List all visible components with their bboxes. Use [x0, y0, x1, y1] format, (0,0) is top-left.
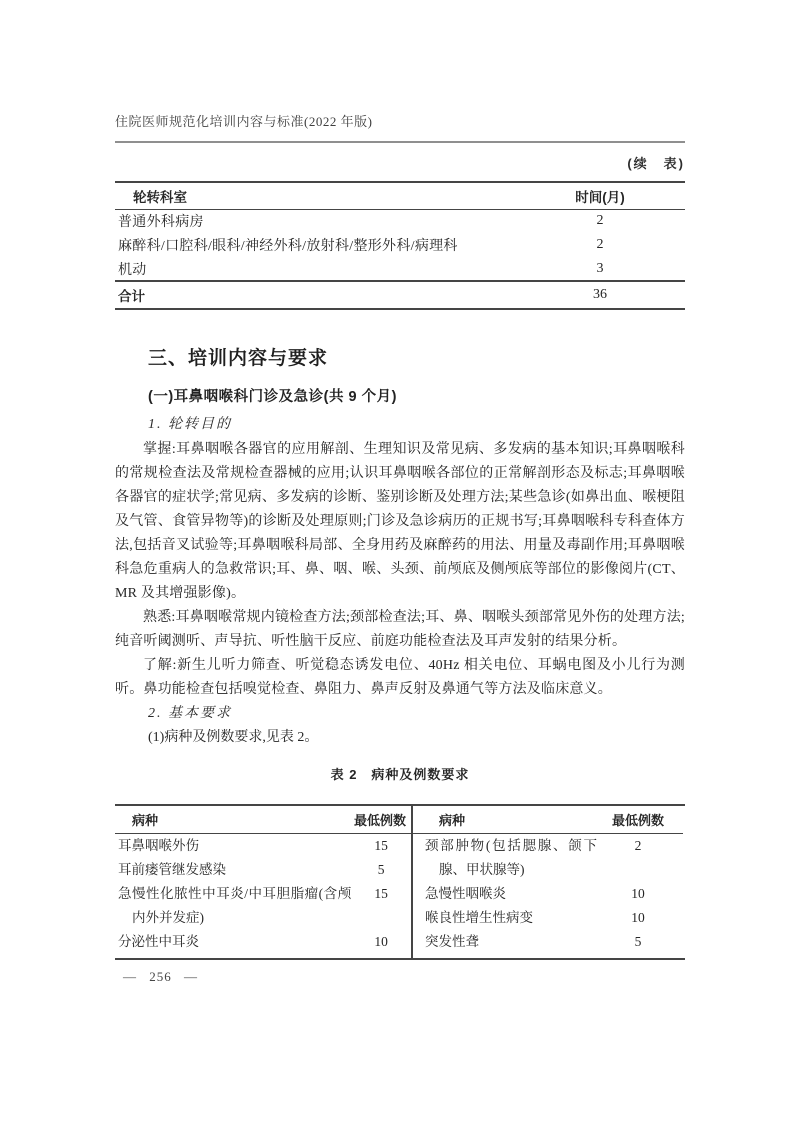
- disease-table-header-row: 病种 最低例数: [413, 806, 683, 834]
- months-cell: 2: [515, 233, 685, 257]
- dept-cell: 普通外科病房: [115, 209, 515, 233]
- disease-table-header-row: 病种 最低例数: [115, 806, 411, 834]
- count-cell: 5: [351, 858, 411, 882]
- disease-table-caption: 表 2 病种及例数要求: [115, 766, 685, 784]
- rotation-total-row: 合计 36: [115, 281, 685, 309]
- list-item: 分泌性中耳炎 10: [118, 930, 411, 954]
- disease-table: 病种 最低例数 耳鼻咽喉外伤 15 耳前瘘管继发感染 5 急慢性化脓性中耳炎/中…: [115, 804, 685, 960]
- list-item: 耳前瘘管继发感染 5: [118, 858, 411, 882]
- rotation-dept-header: 轮转科室: [115, 182, 515, 209]
- rotation-table: 轮转科室 时间(月) 普通外科病房 2 麻醉科/口腔科/眼科/神经外科/放射科/…: [115, 181, 685, 310]
- disease-cell: 耳鼻咽喉外伤: [118, 834, 351, 858]
- section-title: 三、培训内容与要求: [148, 346, 685, 372]
- min-cases-header: 最低例数: [597, 810, 679, 829]
- count-cell: 2: [597, 834, 679, 858]
- rotation-table-header-row: 轮转科室 时间(月): [115, 182, 685, 209]
- disease-cell: 急慢性咽喉炎: [425, 882, 597, 906]
- table-row: 普通外科病房 2: [115, 209, 685, 233]
- months-cell: 2: [515, 209, 685, 233]
- total-value: 36: [515, 281, 685, 309]
- min-cases-header: 最低例数: [350, 810, 410, 829]
- disease-cell: 突发性聋: [425, 930, 597, 954]
- list-item: 急慢性咽喉炎 10: [425, 882, 683, 906]
- running-header: 住院医师规范化培训内容与标准(2022 年版): [115, 0, 685, 143]
- disease-header: 病种: [118, 810, 350, 829]
- count-cell: 15: [351, 834, 411, 858]
- page: { "page": { "running_header": "住院医师规范化培训…: [0, 0, 800, 1131]
- list-item: 急慢性化脓性中耳炎/中耳胆脂瘤(含颅内外并发症) 15: [118, 882, 411, 930]
- count-cell: 15: [351, 882, 411, 906]
- disease-cell: 分泌性中耳炎: [118, 930, 351, 954]
- list-item: 喉良性增生性病变 10: [425, 906, 683, 930]
- disease-cell: 颈部肿物(包括腮腺、颌下腺、甲状腺等): [425, 834, 597, 882]
- rotation-time-header: 时间(月): [515, 182, 685, 209]
- paragraph-familiar: 熟悉:耳鼻咽喉常规内镜检查方法;颈部检查法;耳、鼻、咽喉头颈部常见外伤的处理方法…: [115, 606, 685, 654]
- disease-table-left-group: 病种 最低例数 耳鼻咽喉外伤 15 耳前瘘管继发感染 5 急慢性化脓性中耳炎/中…: [115, 806, 413, 958]
- page-content: 住院医师规范化培训内容与标准(2022 年版) (续 表) 轮转科室 时间(月)…: [115, 0, 685, 985]
- disease-header: 病种: [425, 810, 597, 829]
- months-cell: 3: [515, 257, 685, 281]
- page-number: — 256 —: [115, 968, 685, 985]
- basic-requirements-title: 2. 基本要求: [148, 702, 685, 726]
- list-item: 突发性聋 5: [425, 930, 683, 954]
- paragraph-master: 掌握:耳鼻咽喉各器官的应用解剖、生理知识及常见病、多发病的基本知识;耳鼻咽喉科的…: [115, 438, 685, 606]
- count-cell: 5: [597, 930, 679, 954]
- table-row: 机动 3: [115, 257, 685, 281]
- disease-table-right-group: 病种 最低例数 颈部肿物(包括腮腺、颌下腺、甲状腺等) 2 急慢性咽喉炎 10 …: [413, 806, 683, 958]
- total-label: 合计: [115, 281, 515, 309]
- dept-cell: 机动: [115, 257, 515, 281]
- count-cell: 10: [351, 930, 411, 954]
- count-cell: 10: [597, 906, 679, 930]
- disease-cell: 急慢性化脓性中耳炎/中耳胆脂瘤(含颅内外并发症): [118, 882, 351, 930]
- count-cell: 10: [597, 882, 679, 906]
- disease-cell: 耳前瘘管继发感染: [118, 858, 351, 882]
- disease-cell: 喉良性增生性病变: [425, 906, 597, 930]
- table-row: 麻醉科/口腔科/眼科/神经外科/放射科/整形外科/病理科 2: [115, 233, 685, 257]
- paragraph-understand: 了解:新生儿听力筛查、听觉稳态诱发电位、40Hz 相关电位、耳蜗电图及小儿行为测…: [115, 654, 685, 702]
- dept-cell: 麻醉科/口腔科/眼科/神经外科/放射科/整形外科/病理科: [115, 233, 515, 257]
- rotation-purpose-title: 1. 轮转目的: [148, 415, 685, 435]
- subsection-title: (一)耳鼻咽喉科门诊及急诊(共 9 个月): [148, 387, 685, 407]
- list-item: 颈部肿物(包括腮腺、颌下腺、甲状腺等) 2: [425, 834, 683, 882]
- table-continuation-note: (续 表): [115, 155, 685, 173]
- case-requirements-intro: (1)病种及例数要求,见表 2。: [148, 726, 685, 750]
- list-item: 耳鼻咽喉外伤 15: [118, 834, 411, 858]
